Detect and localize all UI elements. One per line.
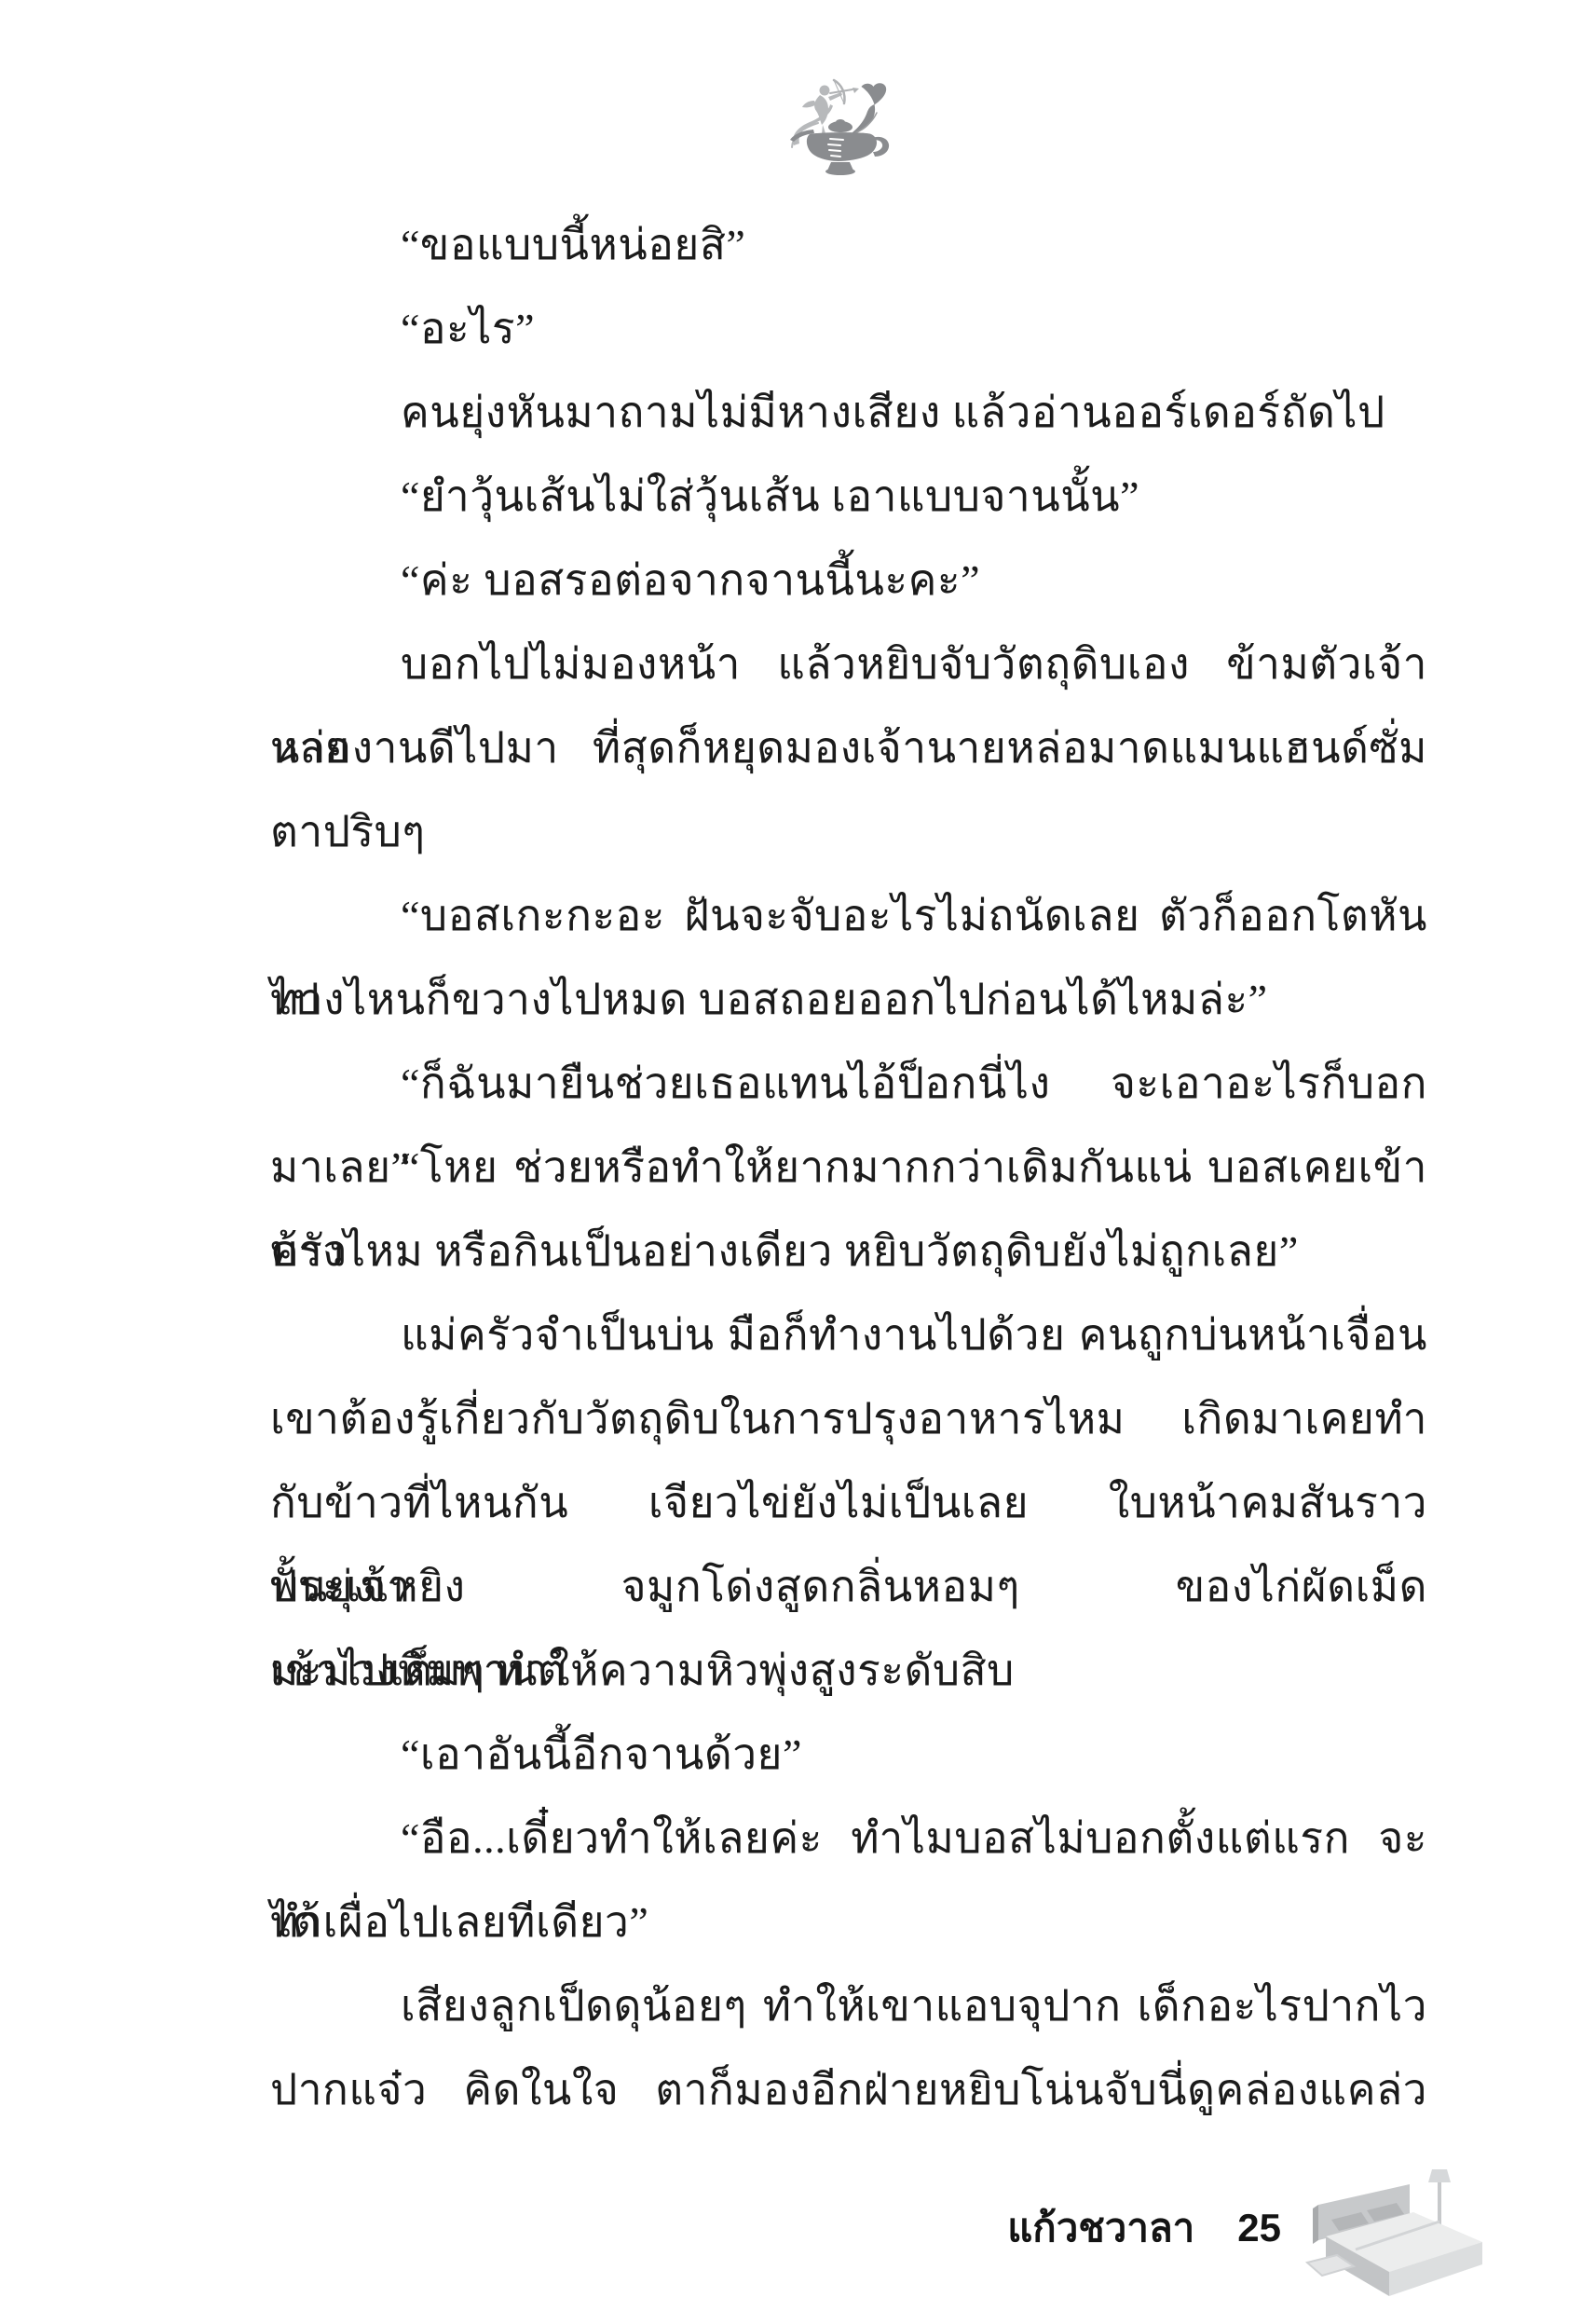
text-line: หล่องานดีไปมา ที่สุดก็หยุดมองเจ้านายหล่อ…	[270, 706, 1427, 790]
bed-icon	[1300, 2164, 1512, 2305]
body-text: “ขอแบบนี้หน่อยสิ”“อะไร”คนยุ่งหันมาถามไม่…	[270, 203, 1427, 2132]
text-line: ปากแจ๋ว คิดในใจ ตาก็มองอีกฝ่ายหยิบโน่นจั…	[270, 2048, 1427, 2132]
text-line: “ก็ฉันมายืนช่วยเธอแทนไอ้ป็อกนี่ไง จะเอาอ…	[270, 1042, 1427, 1126]
text-line: เข้าไปเต็มๆ ทำให้ความหิวพุ่งสูงระดับสิบ	[270, 1629, 1427, 1713]
text-line: “ยำวุ้นเส้นไม่ใส่วุ้นเส้น เอาแบบจานนั้น”	[270, 455, 1427, 539]
text-line: ทางไหนก็ขวางไปหมด บอสถอยออกไปก่อนได้ไหมล…	[270, 958, 1427, 1042]
text-line: “เอาอันนี้อีกจานด้วย”	[270, 1713, 1427, 1797]
page-footer: แก้วชวาลา 25	[960, 2197, 1281, 2259]
text-line: เขาต้องรู้เกี่ยวกับวัตถุดิบในการปรุงอาหา…	[270, 1377, 1427, 1461]
text-line: ทำเผื่อไปเลยทีเดียว”	[270, 1880, 1427, 1964]
text-line: กับข้าวที่ไหนกัน เจียวไข่ยังไม่เป็นเลย ใ…	[270, 1461, 1427, 1545]
page-number: 25	[1237, 2206, 1281, 2250]
text-line: “บอสเกะกะอะ ฝันจะจับอะไรไม่ถนัดเลย ตัวก็…	[270, 874, 1427, 958]
text-line: เสียงลูกเป็ดดุน้อยๆ ทำให้เขาแอบจุปาก เด็…	[270, 1964, 1427, 2048]
text-line: “อะไร”	[270, 287, 1427, 371]
text-line: “อือ...เดี๋ยวทำให้เลยค่ะ ทำไมบอสไม่บอกตั…	[270, 1797, 1427, 1880]
text-line: ตาปริบๆ	[270, 790, 1427, 874]
text-line: ปั้นยุ่งเหยิง จมูกโด่งสูดกลิ่นหอมๆ ของไก…	[270, 1545, 1427, 1629]
text-line: แม่ครัวจำเป็นบ่น มือก็ทำงานไปด้วย คนถูกบ…	[270, 1293, 1427, 1377]
text-line: “โหย ช่วยหรือทำให้ยากมากกว่าเดิมกันแน่ บ…	[270, 1126, 1427, 1210]
genie-lamp-logo-icon	[785, 76, 895, 184]
text-line: คนยุ่งหันมาถามไม่มีหางเสียง แล้วอ่านออร์…	[270, 371, 1427, 455]
book-page: “ขอแบบนี้หน่อยสิ”“อะไร”คนยุ่งหันมาถามไม่…	[0, 0, 1596, 2311]
book-title: แก้วชวาลา	[1007, 2197, 1194, 2259]
text-line: บอกไปไม่มองหน้า แล้วหยิบจับวัตถุดิบเอง ข…	[270, 622, 1427, 706]
text-line: “ขอแบบนี้หน่อยสิ”	[270, 203, 1427, 287]
text-line: บ้างไหม หรือกินเป็นอย่างเดียว หยิบวัตถุด…	[270, 1210, 1427, 1293]
text-line: “ค่ะ บอสรอต่อจากจานนี้นะคะ”	[270, 539, 1427, 622]
